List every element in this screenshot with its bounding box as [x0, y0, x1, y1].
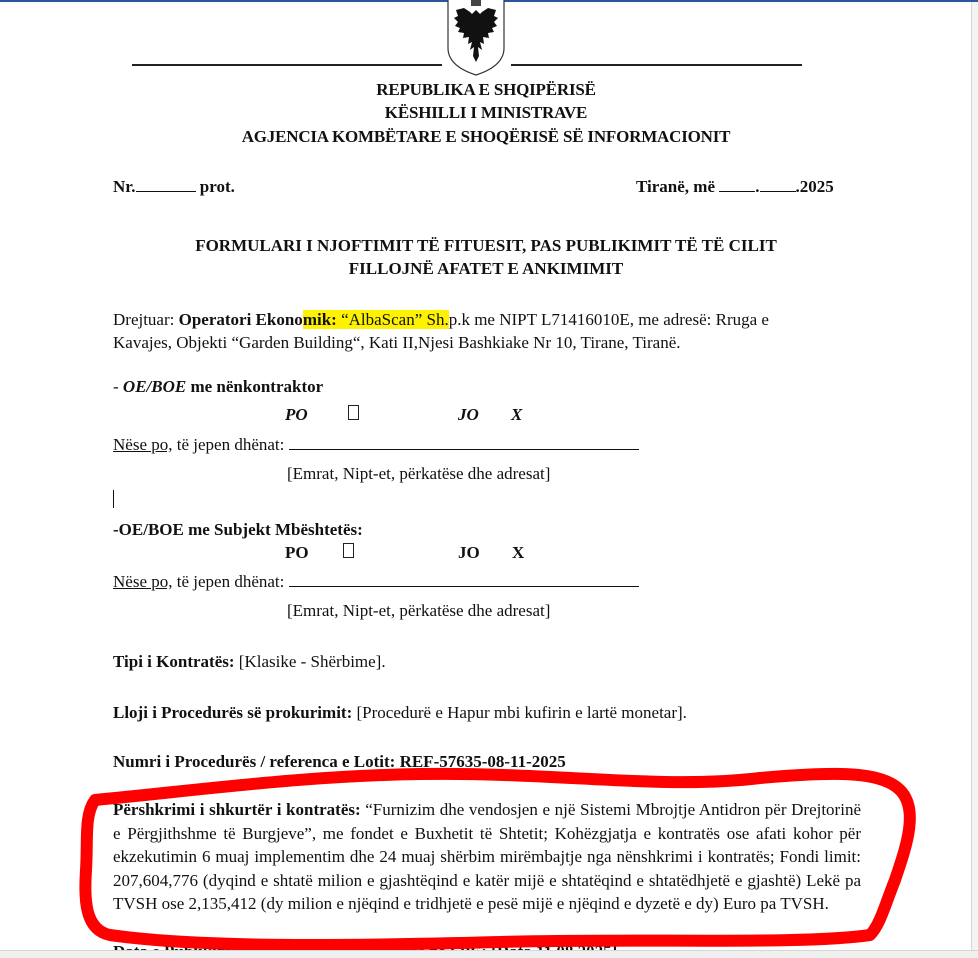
operator-details: “AlbaScan” Sh.p.k me NIPT L71416010E, me… [337, 310, 769, 329]
header-council: KËSHILLI I MINISTRAVE [0, 103, 972, 123]
support-jo-option: JO X [458, 543, 524, 563]
procedure-number: Numri i Procedurës / referenca e Lotit: … [113, 750, 566, 773]
support-details-blank[interactable] [289, 571, 639, 587]
subcontractor-hint: [Emrat, Nipt-et, përkatëse dhe adresat] [287, 462, 550, 485]
operator-label: Operatori Ekonomik: [179, 310, 337, 329]
subcontractor-details-blank[interactable] [289, 434, 639, 450]
support-details-line: Nëse po, të jepen dhënat: [113, 570, 639, 593]
addressee-line1: Drejtuar: Operatori Ekonomik: “AlbaScan”… [113, 308, 769, 331]
addressee-line2: Kavajes, Objekti “Garden Building“, Kati… [113, 331, 681, 354]
form-title-line1: FORMULARI I NJOFTIMIT TË FITUESIT, PAS P… [0, 236, 972, 256]
text-cursor [113, 490, 114, 508]
subcontractor-jo-option: JO X [458, 405, 522, 425]
document-date: Tiranë, më ..2025 [636, 176, 834, 197]
vertical-scrollbar[interactable] [971, 2, 978, 952]
horizontal-scrollbar[interactable] [0, 950, 978, 958]
support-po-checkbox[interactable] [343, 543, 354, 558]
subcontractor-po-option: PO [285, 405, 359, 425]
procedure-type: Lloji i Procedurës së prokurimit: [Proce… [113, 701, 687, 724]
support-jo-mark[interactable]: X [512, 543, 524, 562]
support-hint: [Emrat, Nipt-et, përkatëse dhe adresat] [287, 599, 550, 622]
date-day-blank [719, 176, 755, 192]
subcontractor-details-line: Nëse po, të jepen dhënat: [113, 433, 639, 456]
protocol-number-blank [136, 176, 196, 192]
date-month-blank [760, 176, 796, 192]
subcontractor-po-checkbox[interactable] [348, 405, 359, 420]
document-page: REPUBLIKA E SHQIPËRISË KËSHILLI I MINIST… [0, 0, 972, 951]
albanian-eagle-emblem-icon [446, 0, 506, 76]
header-rule-left [132, 64, 442, 66]
contract-description: Përshkrimi i shkurtër i kontratës: “Furn… [113, 798, 861, 916]
form-title-line2: FILLOJNË AFATET E ANKIMIMIT [0, 259, 972, 279]
subcontractor-label: - OE/BOE me nënkontraktor [113, 375, 323, 398]
contract-type: Tipi i Kontratës: [Klasike - Shërbime]. [113, 650, 386, 673]
support-po-option: PO [285, 543, 354, 563]
header-republic: REPUBLIKA E SHQIPËRISË [0, 80, 972, 100]
header-rule-right [511, 64, 802, 66]
support-label: -OE/BOE me Subjekt Mbështetës: [113, 518, 363, 541]
subcontractor-jo-mark[interactable]: X [511, 405, 522, 424]
header-agency: AGJENCIA KOMBËTARE E SHOQËRISË SË INFORM… [0, 127, 972, 147]
protocol-number: Nr. prot. [113, 176, 235, 197]
